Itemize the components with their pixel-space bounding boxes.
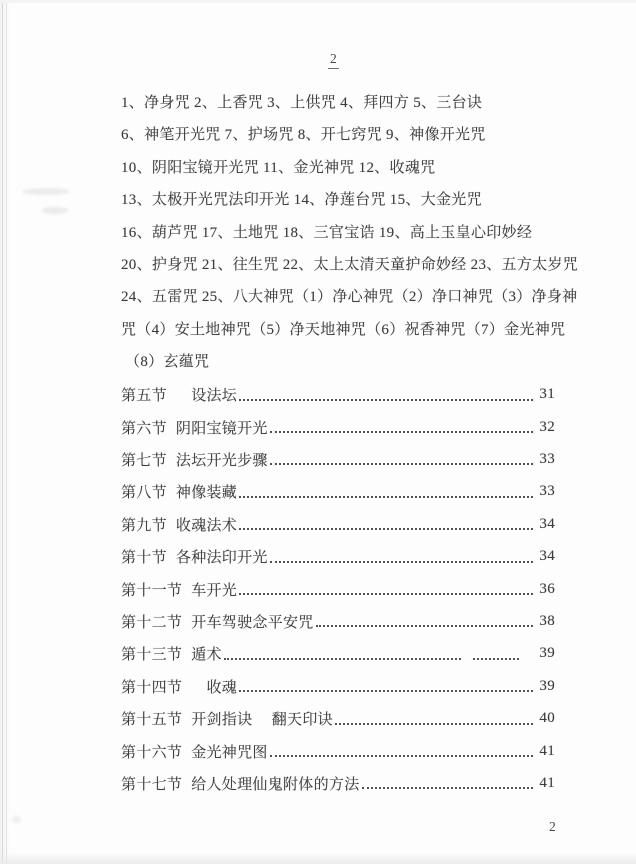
toc-section-label: 第六节 [121,417,167,438]
spell-list-line: 10、阴阳宝镜开光咒 11、金光神咒 12、收魂咒 [121,152,555,184]
toc-page-number: 33 [535,483,555,500]
toc-section-label: 第十三节 [121,643,182,664]
dot-leader-short [473,658,519,660]
spell-list-line: 24、五雷咒 25、八大神咒（1）净心神咒（2）净口神咒（3）净身神 [121,281,555,313]
toc-section-label: 第九节 [121,514,167,535]
toc-section-label: 第十五节 [121,708,182,729]
dot-leader [239,399,533,401]
scanned-page: 2 1、净身咒 2、上香咒 3、上供咒 4、拜四方 5、三台诀6、神笔开光咒 7… [0,0,636,864]
toc-row: 第十五节开剑指诀 翻天印诀40 [121,702,555,734]
dot-leader [270,431,533,433]
toc-page-number: 39 [535,645,555,662]
toc-page-number: 33 [535,451,555,468]
page-number-bottom: 2 [549,819,556,835]
page-number-top: 2 [328,52,339,69]
toc-entry-title: 神像装藏 [176,481,237,502]
toc-row: 第六节阴阳宝镜开光32 [121,411,555,443]
toc-entry-title: 金光神咒图 [191,741,268,762]
scan-edge-top [0,0,636,3]
scan-edge-line [2,0,3,864]
scan-smudge [12,816,21,823]
toc-entry-title: 各种法印开光 [176,546,268,567]
toc-entry-title: 车开光 [191,579,237,600]
spell-list-line: （8）玄蕴咒 [121,346,555,378]
spell-list-line: 20、护身咒 21、往生咒 22、太上太清天童护命妙经 23、五方太岁咒 [121,249,555,281]
toc-entry-title: 收魂 [191,676,237,697]
toc-section-label: 第十六节 [121,741,182,762]
toc-row: 第八节神像装藏33 [121,476,555,508]
page-content: 1、净身咒 2、上香咒 3、上供咒 4、拜四方 5、三台诀6、神笔开光咒 7、护… [121,87,555,800]
toc-page-number: 31 [535,386,555,403]
toc-row: 第十二节开车驾驶念平安咒38 [121,605,555,637]
dot-leader [239,528,533,530]
toc-entry-title: 遁术 [191,643,222,664]
toc-page-number: 34 [535,548,555,565]
toc-row: 第十四节 收魂39 [121,670,555,702]
toc-row: 第十三节遁术39 [121,638,555,670]
toc-page-number: 38 [535,613,555,630]
toc-page-number: 41 [535,743,555,760]
toc-section-label: 第十七节 [121,773,182,794]
toc-entry-title: 收魂法术 [176,514,237,535]
toc-page-number: 41 [535,775,555,792]
scan-edge-line-faint [6,0,7,864]
toc-page-number: 34 [535,516,555,533]
toc-row: 第十一节车开光36 [121,573,555,605]
spell-list-line: 13、太极开光咒法印开光 14、净莲台咒 15、大金光咒 [121,184,555,216]
toc-row: 第十七节给人处理仙鬼附体的方法41 [121,767,555,799]
dot-leader [224,658,461,660]
toc-page-number: 40 [535,710,555,727]
dot-leader [239,496,533,498]
toc-row: 第十六节金光神咒图41 [121,735,555,767]
toc-section-label: 第五节 [121,384,167,405]
toc-page-number: 32 [535,419,555,436]
spell-list-line: 6、神笔开光咒 7、护场咒 8、开七窍咒 9、神像开光咒 [121,119,555,151]
spell-list-line: 咒（4）安土地神咒（5）净天地神咒（6）祝香神咒（7）金光神咒 [121,314,555,346]
toc-section-label: 第十四节 [121,676,182,697]
toc-section-label: 第十节 [121,546,167,567]
dot-leader [270,463,533,465]
scan-smudge [22,188,70,195]
toc-row: 第五节 设法坛31 [121,379,555,411]
dot-leader [239,690,533,692]
toc-row: 第七节法坛开光步骤33 [121,443,555,475]
dot-leader [335,723,533,725]
toc-entry-title: 给人处理仙鬼附体的方法 [191,773,359,794]
scan-smudge [42,207,68,214]
dot-leader [316,625,533,627]
toc-section-label: 第十二节 [121,611,182,632]
dot-leader [270,755,533,757]
toc-entry-title: 法坛开光步骤 [176,449,268,470]
dot-leader [362,787,533,789]
toc-page-number: 39 [535,678,555,695]
dot-leader [270,561,533,563]
toc-entry-title: 开车驾驶念平安咒 [191,611,313,632]
spell-list-line: 1、净身咒 2、上香咒 3、上供咒 4、拜四方 5、三台诀 [121,87,555,119]
toc-section-label: 第八节 [121,481,167,502]
toc-entry-title: 设法坛 [176,384,237,405]
spell-list-line: 16、葫芦咒 17、土地咒 18、三官宝诰 19、高上玉皇心印妙经 [121,217,555,249]
spell-list: 1、净身咒 2、上香咒 3、上供咒 4、拜四方 5、三台诀6、神笔开光咒 7、护… [121,87,555,379]
toc-entry-title: 阴阳宝镜开光 [176,417,268,438]
toc-row: 第九节收魂法术34 [121,508,555,540]
toc-entry-title: 开剑指诀 翻天印诀 [191,708,333,729]
toc-section-label: 第十一节 [121,579,182,600]
table-of-contents: 第五节 设法坛31第六节阴阳宝镜开光32第七节法坛开光步骤33第八节神像装藏33… [121,379,555,800]
toc-section-label: 第七节 [121,449,167,470]
scan-edge-bottom [0,852,636,864]
dot-leader [239,593,533,595]
toc-page-number: 36 [535,581,555,598]
toc-row: 第十节各种法印开光34 [121,540,555,572]
